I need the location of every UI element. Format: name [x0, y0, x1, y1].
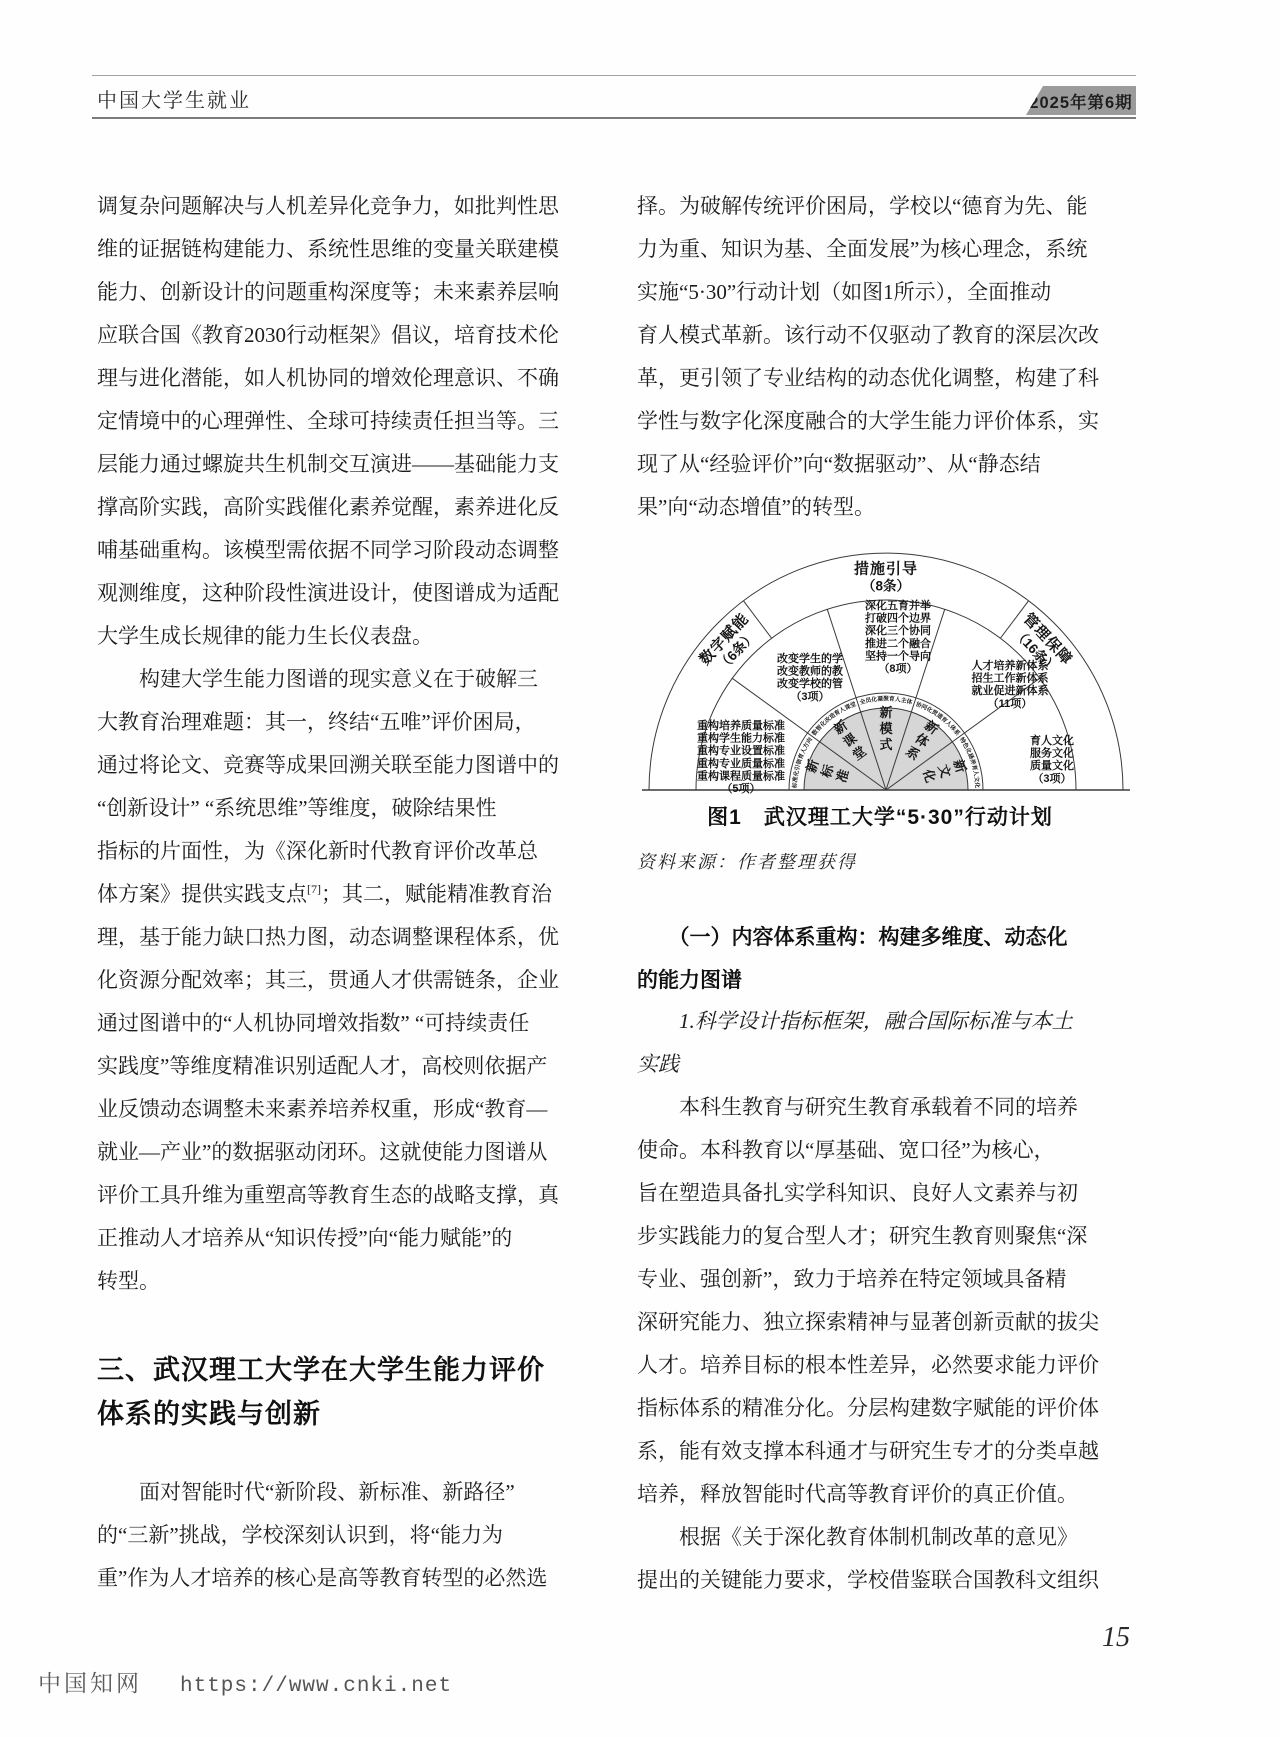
page-number: 15	[1086, 1622, 1146, 1654]
text-line: 大教育治理难题：其一，终结“五唯”评价困局，	[97, 701, 583, 744]
text-line: 哺基础重构。该模型需依据不同学习阶段动态调整	[97, 529, 583, 572]
measure-block-line: 重构培养质量标准	[697, 718, 785, 732]
cnki-url[interactable]: https://www.cnki.net	[180, 1675, 452, 1698]
text-line: 使命。本科教育以“厚基础、宽口径”为核心，	[637, 1129, 1123, 1172]
right-column-body-top: 择。为破解传统评价困局，学校以“德育为先、能力为重、知识为基、全面发展”为核心理…	[637, 185, 1123, 529]
issue-badge: 2025年第6期	[1026, 86, 1136, 115]
text-line: 重”作为人才培养的核心是高等教育转型的必然选	[97, 1557, 583, 1600]
measure-block-line: 重构专业设置标准	[697, 743, 785, 757]
text-line: 正推动人才培养从“知识传授”向“能力赋能”的	[97, 1217, 583, 1260]
text-line: 调复杂问题解决与人机差异化竞争力，如批判性思	[97, 185, 583, 228]
text-line: 体方案》提供实践支点[7]；其二，赋能精准教育治	[97, 873, 583, 916]
text-line: 撑高阶实践，高阶实践催化素养觉醒，素养进化反	[97, 486, 583, 529]
section-heading-line: 体系的实践与创新	[97, 1392, 583, 1436]
text-line: 旨在塑造具备扎实学科知识、良好人文素养与初	[637, 1172, 1123, 1215]
measure-block-line: 改变教师的教	[777, 664, 844, 678]
text-line: 实践	[637, 1043, 1123, 1086]
figure-source-note: 资料来源：作者整理获得	[637, 847, 857, 877]
left-column-paragraph: 面对智能时代“新阶段、新标准、新路径”的“三新”挑战，学校深刻认识到，将“能力为…	[97, 1471, 583, 1600]
cnki-footer: 中国知网 https://www.cnki.net	[38, 1668, 452, 1700]
measure-block-line: 改变学校的管	[777, 676, 843, 690]
text-line: 力为重、知识为基、全面发展”为核心理念，系统	[637, 228, 1123, 271]
text-line: 就业—产业”的数据驱动闭环。这就使能力图谱从	[97, 1131, 583, 1174]
header-rule-bottom	[92, 117, 1136, 119]
text-line: 通过将论文、竞赛等成果回溯关联至能力图谱中的	[97, 744, 583, 787]
text-line: 理，基于能力缺口热力图，动态调整课程体系，优	[97, 916, 583, 959]
measure-block-line: 改变学生的学	[777, 651, 843, 665]
cnki-logo-text: 中国知网	[38, 1671, 142, 1696]
text-line: 应联合国《教育2030行动框架》倡议，培育技术伦	[97, 314, 583, 357]
header-rule-top	[92, 75, 1136, 76]
measure-block-line: 推进二个融合	[865, 636, 931, 650]
text-line: 提出的关键能力要求，学校借鉴联合国教科文组织	[637, 1559, 1123, 1602]
text-line: 构建大学生能力图谱的现实意义在于破解三	[97, 658, 583, 701]
text-line: 学性与数字化深度融合的大学生能力评价体系，实	[637, 400, 1123, 443]
figure-1-fan-diagram: 数字赋能（6条）措施引导（8条）管理保障（16条）重构培养质量标准重构学生能力标…	[636, 538, 1136, 796]
measure-block-line: 坚持一个导向	[865, 648, 931, 662]
text-line: 择。为破解传统评价困局，学校以“德育为先、能	[637, 185, 1123, 228]
text-line: 培养，释放智能时代高等教育评价的真正价值。	[637, 1473, 1123, 1516]
measure-block-line: （3项）	[790, 689, 829, 703]
measure-block-line: （5项）	[721, 781, 760, 795]
measure-block-line: 重构课程质量标准	[697, 768, 785, 782]
text-line: 根据《关于深化教育体制机制改革的意见》	[637, 1516, 1123, 1559]
text-line: 业反馈动态调整未来素养培养权重，形成“教育—	[97, 1088, 583, 1131]
text-line: 的“三新”挑战，学校深刻认识到，将“能力为	[97, 1514, 583, 1557]
measure-block-line: 招生工作新体系	[971, 671, 1049, 685]
text-line: 评价工具升维为重塑高等教育生态的战略支撑，真	[97, 1174, 583, 1217]
text-line: 1.科学设计指标框架，融合国际标准与本土	[637, 1000, 1123, 1043]
text-line: 果”向“动态增值”的转型。	[637, 486, 1123, 529]
measure-block-line: 重构专业质量标准	[697, 756, 785, 770]
issue-label: 2025年第6期	[1029, 89, 1132, 113]
figure-caption: 图1 武汉理工大学“5·30”行动计划	[637, 803, 1123, 833]
text-line: 的能力图谱	[637, 960, 1123, 1003]
text-line: （一）内容体系重构：构建多维度、动态化	[637, 917, 1123, 960]
text-line: 理与进化潜能，如人机协同的增效伦理意识、不确	[97, 357, 583, 400]
action-plan-fan-diagram-svg: 数字赋能（6条）措施引导（8条）管理保障（16条）重构培养质量标准重构学生能力标…	[636, 538, 1136, 796]
measure-block-line: 就业促进新体系	[972, 683, 1049, 697]
fan-sector-label: 新模式	[879, 705, 893, 752]
text-line: 人才。培养目标的根本性差异，必然要求能力评价	[637, 1344, 1123, 1387]
text-line: 维的证据链构建能力、系统性思维的变量关联建模	[97, 228, 583, 271]
numbered-point: 1.科学设计指标框架，融合国际标准与本土实践	[637, 1000, 1123, 1086]
text-line: 定情境中的心理弹性、全球可持续责任担当等。三	[97, 400, 583, 443]
text-line: 育人模式革新。该行动不仅驱动了教育的深层次改	[637, 314, 1123, 357]
text-line: “创新设计” “系统思维”等维度，破除结果性	[97, 787, 583, 830]
outer-ring-label: 措施引导（8条）	[854, 560, 918, 594]
text-line: 本科生教育与研究生教育承载着不同的培养	[637, 1086, 1123, 1129]
text-line: 大学生成长规律的能力生长仪表盘。	[97, 615, 583, 658]
text-line: 指标的片面性，为《深化新时代教育评价改革总	[97, 830, 583, 873]
text-line: 层能力通过螺旋共生机制交互演进——基础能力支	[97, 443, 583, 486]
text-line: 深研究能力、独立探索精神与显著创新贡献的拔尖	[637, 1301, 1123, 1344]
measure-block-line: 服务文化	[1030, 746, 1074, 760]
svg-text:（8条）: （8条）	[862, 578, 910, 594]
measure-block-line: 质量文化	[1030, 758, 1074, 772]
text-line: 现了从“经验评价”向“数据驱动”、从“静态结	[637, 443, 1123, 486]
text-line: 革，更引领了专业结构的动态优化调整，构建了科	[637, 357, 1123, 400]
subsection-heading: （一）内容体系重构：构建多维度、动态化的能力图谱	[637, 917, 1123, 1002]
text-line: 指标体系的精准分化。分层构建数字赋能的评价体	[637, 1387, 1123, 1430]
measure-block-line: 打破四个边界	[864, 611, 931, 625]
text-line: 转型。	[97, 1260, 583, 1303]
measure-block-line: 重构学生能力标准	[697, 731, 785, 745]
left-column-body: 调复杂问题解决与人机差异化竞争力，如批判性思维的证据链构建能力、系统性思维的变量…	[97, 185, 583, 1303]
text-line: 系，能有效支撑本科通才与研究生专才的分类卓越	[637, 1430, 1123, 1473]
right-column-body-bottom: 本科生教育与研究生教育承载着不同的培养使命。本科教育以“厚基础、宽口径”为核心，…	[637, 1086, 1123, 1602]
text-line: 面对智能时代“新阶段、新标准、新路径”	[97, 1471, 583, 1514]
text-line: 实践度”等维度精准识别适配人才，高校则依据产	[97, 1045, 583, 1088]
text-line: 观测维度，这种阶段性演进设计，使图谱成为适配	[97, 572, 583, 615]
measure-block-line: （8项）	[878, 661, 917, 675]
measure-block-line: 深化三个协同	[865, 623, 931, 637]
text-line: 步实践能力的复合型人才；研究生教育则聚焦“深	[637, 1215, 1123, 1258]
text-line: 专业、强创新”，致力于培养在特定领域具备精	[637, 1258, 1123, 1301]
text-line: 通过图谱中的“人机协同增效指数” “可持续责任	[97, 1002, 583, 1045]
section-heading: 三、武汉理工大学在大学生能力评价 体系的实践与创新	[97, 1348, 583, 1436]
text-line: 能力、创新设计的问题重构深度等；未来素养层响	[97, 271, 583, 314]
journal-page: 中国大学生就业 2025年第6期 调复杂问题解决与人机差异化竞争力，如批判性思维…	[0, 0, 1280, 1737]
measure-block-line: （11项）	[988, 696, 1033, 710]
text-line: 化资源分配效率；其三，贯通人才供需链条，企业	[97, 959, 583, 1002]
section-heading-line: 三、武汉理工大学在大学生能力评价	[97, 1348, 583, 1392]
svg-text:措施引导: 措施引导	[854, 560, 918, 578]
measure-block-line: 深化五育并举	[865, 598, 931, 612]
measure-block-line: （3项）	[1032, 771, 1071, 785]
measure-block-line: 人才培养新体系	[972, 658, 1049, 672]
measure-block-line: 育人文化	[1030, 733, 1074, 747]
journal-title: 中国大学生就业	[97, 84, 251, 113]
text-line: 实施“5·30”行动计划（如图1所示），全面推动	[637, 271, 1123, 314]
